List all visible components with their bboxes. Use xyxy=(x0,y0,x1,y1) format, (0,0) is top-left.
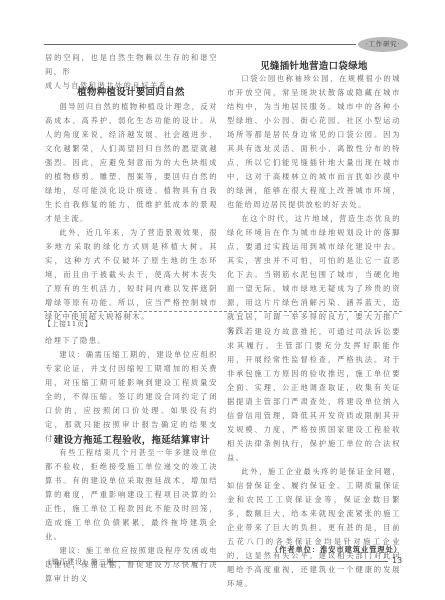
section-badge: ·工作研究· xyxy=(358,37,408,52)
header-rule xyxy=(44,44,356,45)
paragraph: 此外，施工企业最头疼的是保证金问题，如信誉保证金、履约保证金、工期质量保证金和农… xyxy=(227,465,401,591)
author-affiliation: （作者单位：淮安市建筑业管理处） xyxy=(226,545,402,555)
top-left-body: 倡导回归自然的植物种植设计理念，反对高成本、高养护、弱化生态功能的设计。从人的角… xyxy=(45,100,218,324)
paragraph: 有些工程结束几个月甚至一年多建设单位都不验收，拒绝接受施工单位递交的竣工决算书。… xyxy=(45,446,218,544)
intro-line: 居的空间，也是自然生物赖以生存的和谐空间，形 xyxy=(45,51,218,79)
bottom-left-body-1: 给埋下了隐患。 建议：确需压缩工期的，建设单位应组织专家论证，并支付因缩短工期增… xyxy=(45,334,218,446)
section-divider xyxy=(44,311,402,312)
journal-footer: 《镇江建设》第三期 xyxy=(44,556,114,566)
page-number: 13 xyxy=(392,556,402,565)
paragraph: 在这个时代，这片地域，营造生态优良的绿化环境旨在作为城市绿地规划设计的落脚点，要… xyxy=(227,212,401,338)
top-right-body: 口袋公园也称袖珍公园，在规模很小的城市开放空间，常呈斑块状散落或隐藏在城市结构中… xyxy=(227,72,401,338)
paragraph: 倡导回归自然的植物种植设计理念，反对高成本、高养护、弱化生态功能的设计。从人的角… xyxy=(45,100,218,226)
footer-rule-right xyxy=(222,561,388,562)
paragraph: 给埋下了隐患。 xyxy=(45,334,218,348)
paragraph: 此外，近几年来，为了营造景观效果，很多地方采取的绿化方式则是移植大树。其实，这种… xyxy=(45,226,218,324)
footer-rule-left xyxy=(108,561,222,562)
paragraph: 口袋公园也称袖珍公园，在规模很小的城市开放空间，常呈斑块状散落或隐藏在城市结构中… xyxy=(227,72,401,212)
section-heading-plant-design: 植物种植设计要回归自然 xyxy=(44,84,218,98)
section-heading-pocket-park: 见缝插针地营造口袋绿地 xyxy=(226,58,402,72)
section-heading-delayed-acceptance: 建设方拖延工程验收，拖延结算审计 xyxy=(44,432,220,446)
continued-from-label: 【上接11页】 xyxy=(44,318,92,328)
paragraph: 务。若建设方故意推托，可通过司法诉讼要求其履行。主管部门要充分发挥好职能作用，开… xyxy=(227,325,401,465)
